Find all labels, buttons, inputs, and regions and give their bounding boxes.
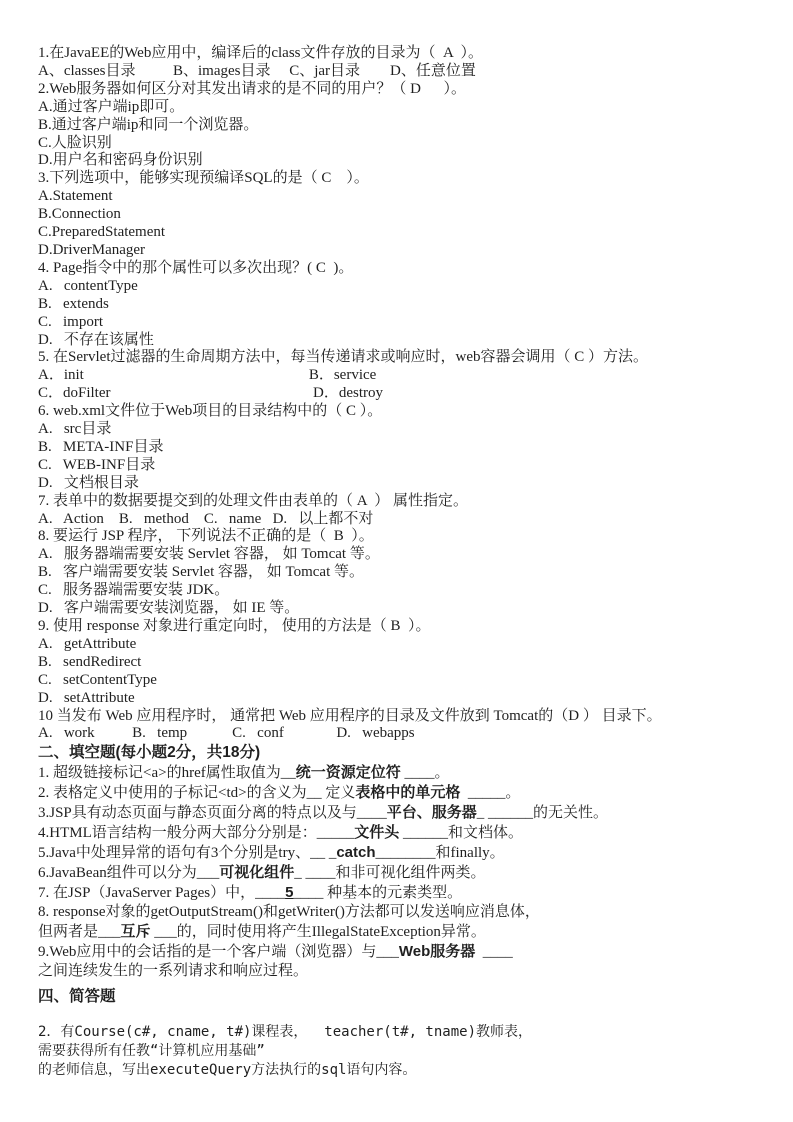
text-line: 9. 使用 response 对象进行重定向时， 使用的方法是（ B ）。 — [38, 618, 763, 636]
text-run: _____。 — [460, 785, 520, 801]
blank-answer-text: 平台、服务器 — [387, 804, 477, 821]
text-line: 需要获得所有任教“计算机应用基础” — [38, 1042, 763, 1061]
text-run: 9. 使用 response 对象进行重定向时， 使用的方法是（ B ）。 — [38, 618, 431, 634]
text-line: 6. web.xml文件位于Web项目的目录结构中的（ C ）。 — [38, 403, 763, 421]
text-run: C. 服务器端需要安装 JDK。 — [38, 582, 229, 598]
text-run: 1. 超级链接标记<a>的href属性取值为__ — [38, 765, 296, 781]
text-run: D.用户名和密码身份识别 — [38, 152, 203, 168]
blank-answer-text: 文件头 — [354, 824, 399, 841]
text-line: A. src目录 — [38, 421, 763, 439]
text-line: A. Action B. method C. name D. 以上都不对 — [38, 511, 763, 529]
text-line: 2. 表格定义中使用的子标记<td>的含义为__ 定义表格中的单元格 _____… — [38, 783, 763, 803]
text-line: A．init B．service — [38, 367, 763, 385]
text-line: B. extends — [38, 296, 763, 314]
text-line: 2.Web服务器如何区分对其发出请求的是不同的用户？（ D ）。 — [38, 81, 763, 99]
text-run: C.PreparedStatement — [38, 224, 165, 240]
blank-answer-text: 可视化组件 — [219, 864, 294, 881]
text-run: 的老师信息，写出executeQuery方法执行的sql语句内容。 — [38, 1062, 416, 1078]
text-run: A. work B. temp C. conf D. webapps — [38, 725, 415, 741]
text-run: ________和finally。 — [376, 845, 505, 861]
text-line: 4. Page指令中的那个属性可以多次出现？( C )。 — [38, 260, 763, 278]
text-run: 6.JavaBean组件可以分为___ — [38, 865, 219, 881]
text-run: C．doFilter D．destroy — [38, 385, 383, 401]
text-run: 5. 在Servlet过滤器的生命周期方法中，每当传递请求或响应时，web容器会… — [38, 349, 648, 365]
text-run: 2．有Course(c#, cname, t#)课程表， teacher(t#,… — [38, 1024, 532, 1040]
text-line: 4.HTML语言结构一般分两大部分分别是：_____文件头 ______和文档体… — [38, 823, 763, 843]
document-page: 1.在JavaEE的Web应用中，编译后的class文件存放的目录为（ A ）。… — [0, 0, 793, 1122]
text-line: A、classes目录 B、images目录 C、jar目录 D、任意位置 — [38, 63, 763, 81]
text-run: B. META-INF目录 — [38, 439, 163, 455]
text-run: A. getAttribute — [38, 636, 136, 652]
text-line: C．doFilter D．destroy — [38, 385, 763, 403]
text-line: 之间连续发生的一系列请求和响应过程。 — [38, 962, 763, 981]
text-run: A. Action B. method C. name D. 以上都不对 — [38, 511, 373, 527]
fill-in-section-heading: 二、填空题(每小题2分，共18分) — [38, 743, 763, 763]
text-run: 3.JSP具有动态页面与静态页面分离的特点以及与____ — [38, 805, 387, 821]
blank-answer-text: catch — [336, 844, 375, 861]
text-run: D. 不存在该属性 — [38, 332, 154, 348]
text-run: A、classes目录 B、images目录 C、jar目录 D、任意位置 — [38, 63, 476, 79]
blank-answer-text: 表格中的单元格 — [355, 784, 460, 801]
text-line: D. 客户端需要安装浏览器， 如 IE 等。 — [38, 600, 763, 618]
text-line: 6.JavaBean组件可以分为___可视化组件_ ____和非可视化组件两类。 — [38, 863, 763, 883]
text-line: A. getAttribute — [38, 636, 763, 654]
text-line: B. META-INF目录 — [38, 439, 763, 457]
short-answer-section: 2．有Course(c#, cname, t#)课程表， teacher(t#,… — [38, 1023, 763, 1080]
text-line: D. 不存在该属性 — [38, 332, 763, 350]
text-run: ____。 — [401, 765, 450, 781]
text-run: 9.Web应用中的会话指的是一个客户端（浏览器）与___ — [38, 944, 399, 960]
text-run: D.DriverManager — [38, 242, 145, 258]
text-line: D.用户名和密码身份识别 — [38, 152, 763, 170]
text-line: D. setAttribute — [38, 690, 763, 708]
text-line: B. 客户端需要安装 Servlet 容器， 如 Tomcat 等。 — [38, 564, 763, 582]
text-run: 8. 要运行 JSP 程序， 下列说法不正确的是（ B ）。 — [38, 528, 374, 544]
text-line: B.通过客户端ip和同一个浏览器。 — [38, 117, 763, 135]
text-run: A.Statement — [38, 188, 113, 204]
text-line: 1.在JavaEE的Web应用中，编译后的class文件存放的目录为（ A ）。 — [38, 45, 763, 63]
text-run: D. 文档根目录 — [38, 475, 139, 491]
text-run: C. setContentType — [38, 672, 157, 688]
text-line: 9.Web应用中的会话指的是一个客户端（浏览器）与___Web服务器 ____ — [38, 942, 763, 962]
text-line: A.Statement — [38, 188, 763, 206]
fill-in-section: 1. 超级链接标记<a>的href属性取值为__统一资源定位符 ____。2. … — [38, 763, 763, 981]
text-run: ___的，同时使用将产生IllegalStateException异常。 — [151, 924, 486, 940]
text-run: 2.Web服务器如何区分对其发出请求的是不同的用户？（ D ）。 — [38, 81, 466, 97]
text-run: A. src目录 — [38, 421, 111, 437]
text-run: C.人脸识别 — [38, 135, 112, 151]
text-run: C. import — [38, 314, 103, 330]
text-line: A. work B. temp C. conf D. webapps — [38, 725, 763, 743]
text-line: 但两者是___互斥 ___的，同时使用将产生IllegalStateExcept… — [38, 922, 763, 942]
text-line: 8. response对象的getOutputStream()和getWrite… — [38, 903, 763, 922]
text-run: A. 服务器端需要安装 Servlet 容器， 如 Tomcat 等。 — [38, 546, 380, 562]
text-line: D.DriverManager — [38, 242, 763, 260]
text-run: A．init B．service — [38, 367, 376, 383]
text-run: B. 客户端需要安装 Servlet 容器， 如 Tomcat 等。 — [38, 564, 364, 580]
text-line: 1. 超级链接标记<a>的href属性取值为__统一资源定位符 ____。 — [38, 763, 763, 783]
text-run: D. 客户端需要安装浏览器， 如 IE 等。 — [38, 600, 299, 616]
text-line: D. 文档根目录 — [38, 475, 763, 493]
text-run: 5.Java中处理异常的语句有3个分别是try、__ _ — [38, 845, 336, 861]
text-run: 10 当发布 Web 应用程序时， 通常把 Web 应用程序的目录及文件放到 T… — [38, 708, 662, 724]
text-line: C.PreparedStatement — [38, 224, 763, 242]
text-run: _ ______的无关性。 — [477, 805, 608, 821]
text-line: A.通过客户端ip即可。 — [38, 99, 763, 117]
text-line: C. WEB-INF目录 — [38, 457, 763, 475]
text-run: 1.在JavaEE的Web应用中，编译后的class文件存放的目录为（ A ）。 — [38, 45, 483, 61]
text-line: A. contentType — [38, 278, 763, 296]
text-line: A. 服务器端需要安装 Servlet 容器， 如 Tomcat 等。 — [38, 546, 763, 564]
text-run: 3.下列选项中，能够实现预编译SQL的是（ C ）。 — [38, 170, 369, 186]
text-run: ______和文档体。 — [399, 825, 523, 841]
multiple-choice-section: 1.在JavaEE的Web应用中，编译后的class文件存放的目录为（ A ）。… — [38, 45, 763, 743]
text-run: 之间连续发生的一系列请求和响应过程。 — [38, 963, 308, 979]
text-run: 6. web.xml文件位于Web项目的目录结构中的（ C ）。 — [38, 403, 382, 419]
text-run: A.通过客户端ip即可。 — [38, 99, 184, 115]
text-run: ____ 种基本的元素类型。 — [293, 885, 462, 901]
text-line: 3.JSP具有动态页面与静态页面分离的特点以及与____平台、服务器_ ____… — [38, 803, 763, 823]
blank-answer-text: Web服务器 — [399, 943, 475, 960]
text-line: B. sendRedirect — [38, 654, 763, 672]
text-run: _ ____和非可视化组件两类。 — [294, 865, 485, 881]
text-line: 2．有Course(c#, cname, t#)课程表， teacher(t#,… — [38, 1023, 763, 1042]
text-run: B.通过客户端ip和同一个浏览器。 — [38, 117, 258, 133]
short-answer-section-heading: 四、简答题 — [38, 987, 763, 1007]
text-run: 7. 表单中的数据要提交到的处理文件由表单的（ A ） 属性指定。 — [38, 493, 468, 509]
text-line: C.人脸识别 — [38, 135, 763, 153]
text-run: ____ — [475, 944, 513, 960]
text-run: B. extends — [38, 296, 109, 312]
blank-answer-text: 统一资源定位符 — [296, 764, 401, 781]
text-run: C. WEB-INF目录 — [38, 457, 155, 473]
text-line: 10 当发布 Web 应用程序时， 通常把 Web 应用程序的目录及文件放到 T… — [38, 708, 763, 726]
text-line: C. 服务器端需要安装 JDK。 — [38, 582, 763, 600]
blank-answer-text: 互斥 — [121, 923, 151, 940]
text-line: 5. 在Servlet过滤器的生命周期方法中，每当传递请求或响应时，web容器会… — [38, 349, 763, 367]
text-line: C. import — [38, 314, 763, 332]
text-line: 5.Java中处理异常的语句有3个分别是try、__ _catch_______… — [38, 843, 763, 863]
text-run: B. sendRedirect — [38, 654, 141, 670]
text-run: 但两者是___ — [38, 924, 121, 940]
text-line: 3.下列选项中，能够实现预编译SQL的是（ C ）。 — [38, 170, 763, 188]
text-line: C. setContentType — [38, 672, 763, 690]
text-line: 7. 表单中的数据要提交到的处理文件由表单的（ A ） 属性指定。 — [38, 493, 763, 511]
text-run: 7. 在JSP（JavaServer Pages）中，____ — [38, 885, 285, 901]
text-run: 4. Page指令中的那个属性可以多次出现？( C )。 — [38, 260, 353, 276]
text-run: A. contentType — [38, 278, 138, 294]
text-line: 8. 要运行 JSP 程序， 下列说法不正确的是（ B ）。 — [38, 528, 763, 546]
text-run: D. setAttribute — [38, 690, 135, 706]
text-line: 7. 在JSP（JavaServer Pages）中，____5____ 种基本… — [38, 883, 763, 903]
text-run: B.Connection — [38, 206, 121, 222]
text-run: 8. response对象的getOutputStream()和getWrite… — [38, 904, 540, 920]
text-run: 4.HTML语言结构一般分两大部分分别是：_____ — [38, 825, 354, 841]
text-run: 需要获得所有任教“计算机应用基础” — [38, 1043, 265, 1059]
text-line: 的老师信息，写出executeQuery方法执行的sql语句内容。 — [38, 1061, 763, 1080]
document-content: 1.在JavaEE的Web应用中，编译后的class文件存放的目录为（ A ）。… — [0, 0, 793, 1080]
text-run: 2. 表格定义中使用的子标记<td>的含义为__ 定义 — [38, 785, 355, 801]
text-line: B.Connection — [38, 206, 763, 224]
